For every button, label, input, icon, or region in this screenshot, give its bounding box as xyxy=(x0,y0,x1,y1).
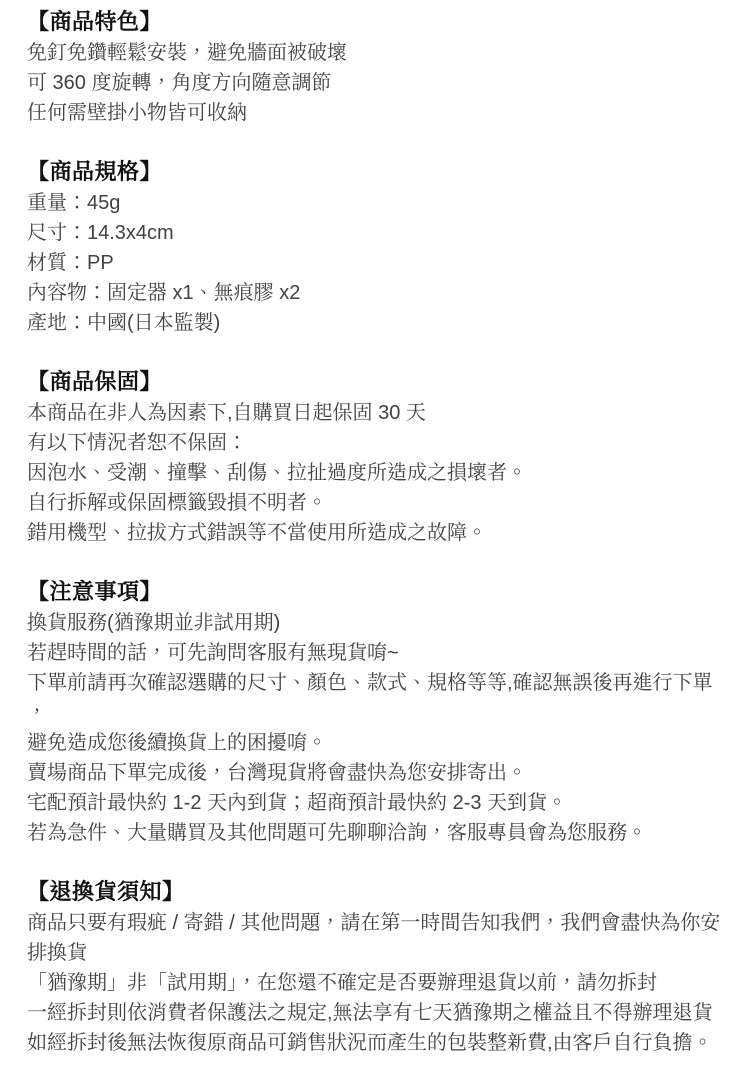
product-info-section: 【商品規格】 重量：45g尺寸：14.3x4cm材質：PP內容物：固定器 x1、… xyxy=(27,156,722,338)
section-text-line: 若為急件、大量購買及其他問題可先聊聊洽詢，客服專員會為您服務。 xyxy=(27,818,722,848)
product-description-document: 【商品特色】 免釘免鑽輕鬆安裝，避免牆面被破壞可 360 度旋轉，角度方向隨意調… xyxy=(0,0,750,1070)
section-text-line: 宅配預計最快約 1-2 天內到貨；超商預計最快約 2-3 天到貨。 xyxy=(27,788,722,818)
section-heading: 【注意事項】 xyxy=(27,576,722,608)
section-text-line: 一經拆封則依消費者保護法之規定,無法享有七天猶豫期之權益且不得辦理退貨 xyxy=(27,998,722,1028)
section-heading: 【商品特色】 xyxy=(27,6,722,38)
section-text-line: 換貨服務(猶豫期並非試用期) xyxy=(27,608,722,638)
section-text-line: 重量：45g xyxy=(27,188,722,218)
product-info-section: 【退換貨須知】 商品只要有瑕疵 / 寄錯 / 其他問題，請在第一時間告知我們，我… xyxy=(27,876,722,1058)
section-text-line: 商品只要有瑕疵 / 寄錯 / 其他問題，請在第一時間告知我們，我們會盡快為你安排… xyxy=(27,908,722,968)
section-text-line: 內容物：固定器 x1、無痕膠 x2 xyxy=(27,278,722,308)
section-text-line: 產地：中國(日本監製) xyxy=(27,308,722,338)
section-text-line: 錯用機型、拉拔方式錯誤等不當使用所造成之故障。 xyxy=(27,518,722,548)
section-text-line: 任何需壁掛小物皆可收納 xyxy=(27,98,722,128)
section-heading: 【商品規格】 xyxy=(27,156,722,188)
section-text-line: 材質：PP xyxy=(27,248,722,278)
product-info-section: 【注意事項】 換貨服務(猶豫期並非試用期)若趕時間的話，可先詢問客服有無現貨唷~… xyxy=(27,576,722,848)
section-heading: 【商品保固】 xyxy=(27,366,722,398)
section-text-line: 因泡水、受潮、撞擊、刮傷、拉扯過度所造成之損壞者。 xyxy=(27,458,722,488)
section-text-line: 可 360 度旋轉，角度方向隨意調節 xyxy=(27,68,722,98)
section-text-line: 免釘免鑽輕鬆安裝，避免牆面被破壞 xyxy=(27,38,722,68)
section-text-line: 有以下情況者恕不保固： xyxy=(27,428,722,458)
section-text-line: 本商品在非人為因素下,自購買日起保固 30 天 xyxy=(27,398,722,428)
section-text-line: 若趕時間的話，可先詢問客服有無現貨唷~ xyxy=(27,638,722,668)
section-text-line: 避免造成您後續換貨上的困擾唷。 xyxy=(27,728,722,758)
section-text-line: 賣場商品下單完成後，台灣現貨將會盡快為您安排寄出。 xyxy=(27,758,722,788)
product-info-section: 【商品特色】 免釘免鑽輕鬆安裝，避免牆面被破壞可 360 度旋轉，角度方向隨意調… xyxy=(27,6,722,128)
product-info-section: 【商品保固】 本商品在非人為因素下,自購買日起保固 30 天有以下情況者恕不保固… xyxy=(27,366,722,548)
section-text-line: 尺寸：14.3x4cm xyxy=(27,218,722,248)
section-text-line: 「猶豫期」非「試用期」，在您還不確定是否要辦理退貨以前，請勿拆封 xyxy=(27,968,722,998)
section-text-line: 下單前請再次確認選購的尺寸、顏色、款式、規格等等,確認無誤後再進行下單 ， xyxy=(27,668,722,728)
section-text-line: 如經拆封後無法恢復原商品可銷售狀況而產生的包裝整新費,由客戶自行負擔。 xyxy=(27,1028,722,1058)
section-heading: 【退換貨須知】 xyxy=(27,876,722,908)
section-text-line: 自行拆解或保固標籤毀損不明者。 xyxy=(27,488,722,518)
